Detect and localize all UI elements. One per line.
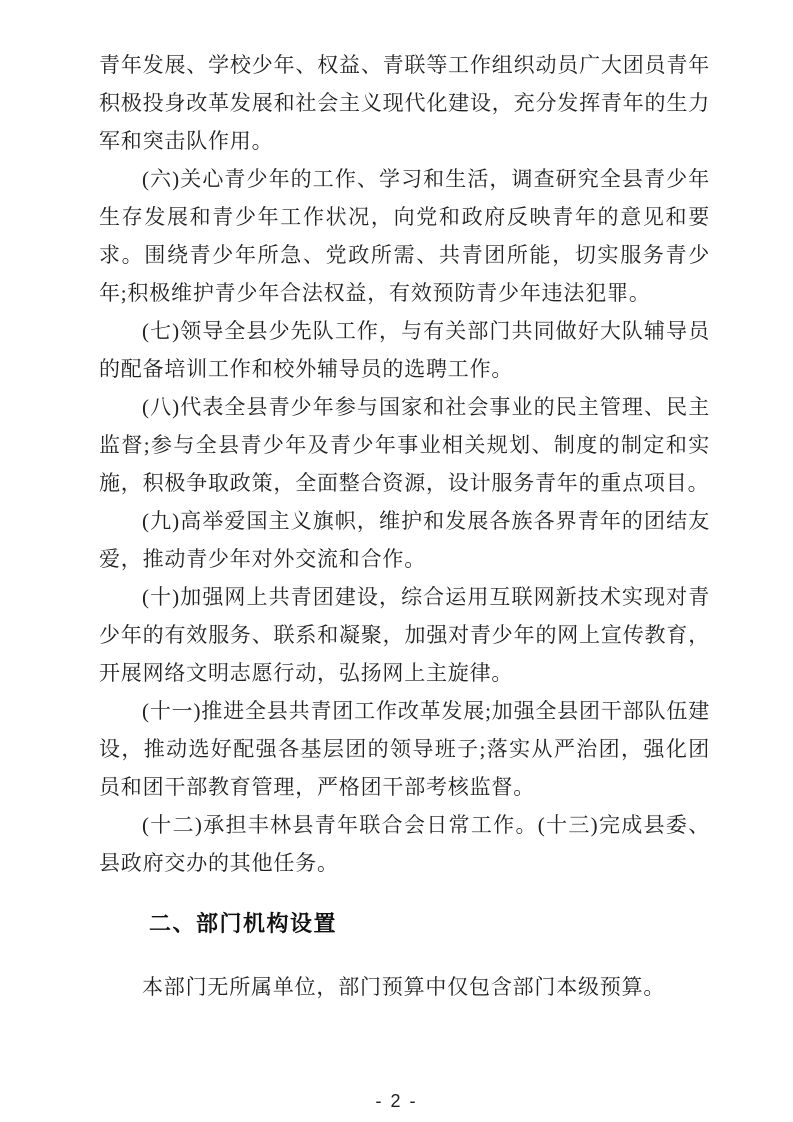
section-heading: 二、部门机构设置 <box>99 910 710 938</box>
body-paragraph-continuation: 青年发展、学校少年、权益、青联等工作组织动员广大团员青年积极投身改革发展和社会主… <box>99 46 710 160</box>
document-page: 青年发展、学校少年、权益、青联等工作组织动员广大团员青年积极投身改革发展和社会主… <box>0 0 793 1122</box>
body-paragraph-item-8: (八)代表全县青少年参与国家和社会事业的民主管理、民主监督;参与全县青少年及青少… <box>99 388 710 502</box>
body-paragraph-item-10: (十)加强网上共青团建设，综合运用互联网新技术实现对青少年的有效服务、联系和凝聚… <box>99 578 710 692</box>
body-paragraph-item-6: (六)关心青少年的工作、学习和生活，调查研究全县青少年生存发展和青少年工作状况，… <box>99 160 710 312</box>
page-number: - 2 - <box>0 1091 793 1112</box>
section-body-paragraph: 本部门无所属单位，部门预算中仅包含部门本级预算。 <box>99 968 710 1006</box>
body-paragraph-item-9: (九)高举爱国主义旗帜，维护和发展各族各界青年的团结友爱，推动青少年对外交流和合… <box>99 502 710 578</box>
document-content: 青年发展、学校少年、权益、青联等工作组织动员广大团员青年积极投身改革发展和社会主… <box>99 46 710 1006</box>
body-paragraph-item-7: (七)领导全县少先队工作，与有关部门共同做好大队辅导员的配备培训工作和校外辅导员… <box>99 312 710 388</box>
body-paragraph-item-11: (十一)推进全县共青团工作改革发展;加强全县团干部队伍建设，推动选好配强各基层团… <box>99 692 710 806</box>
body-paragraph-item-12-13: (十二)承担丰林县青年联合会日常工作。(十三)完成县委、县政府交办的其他任务。 <box>99 806 710 882</box>
